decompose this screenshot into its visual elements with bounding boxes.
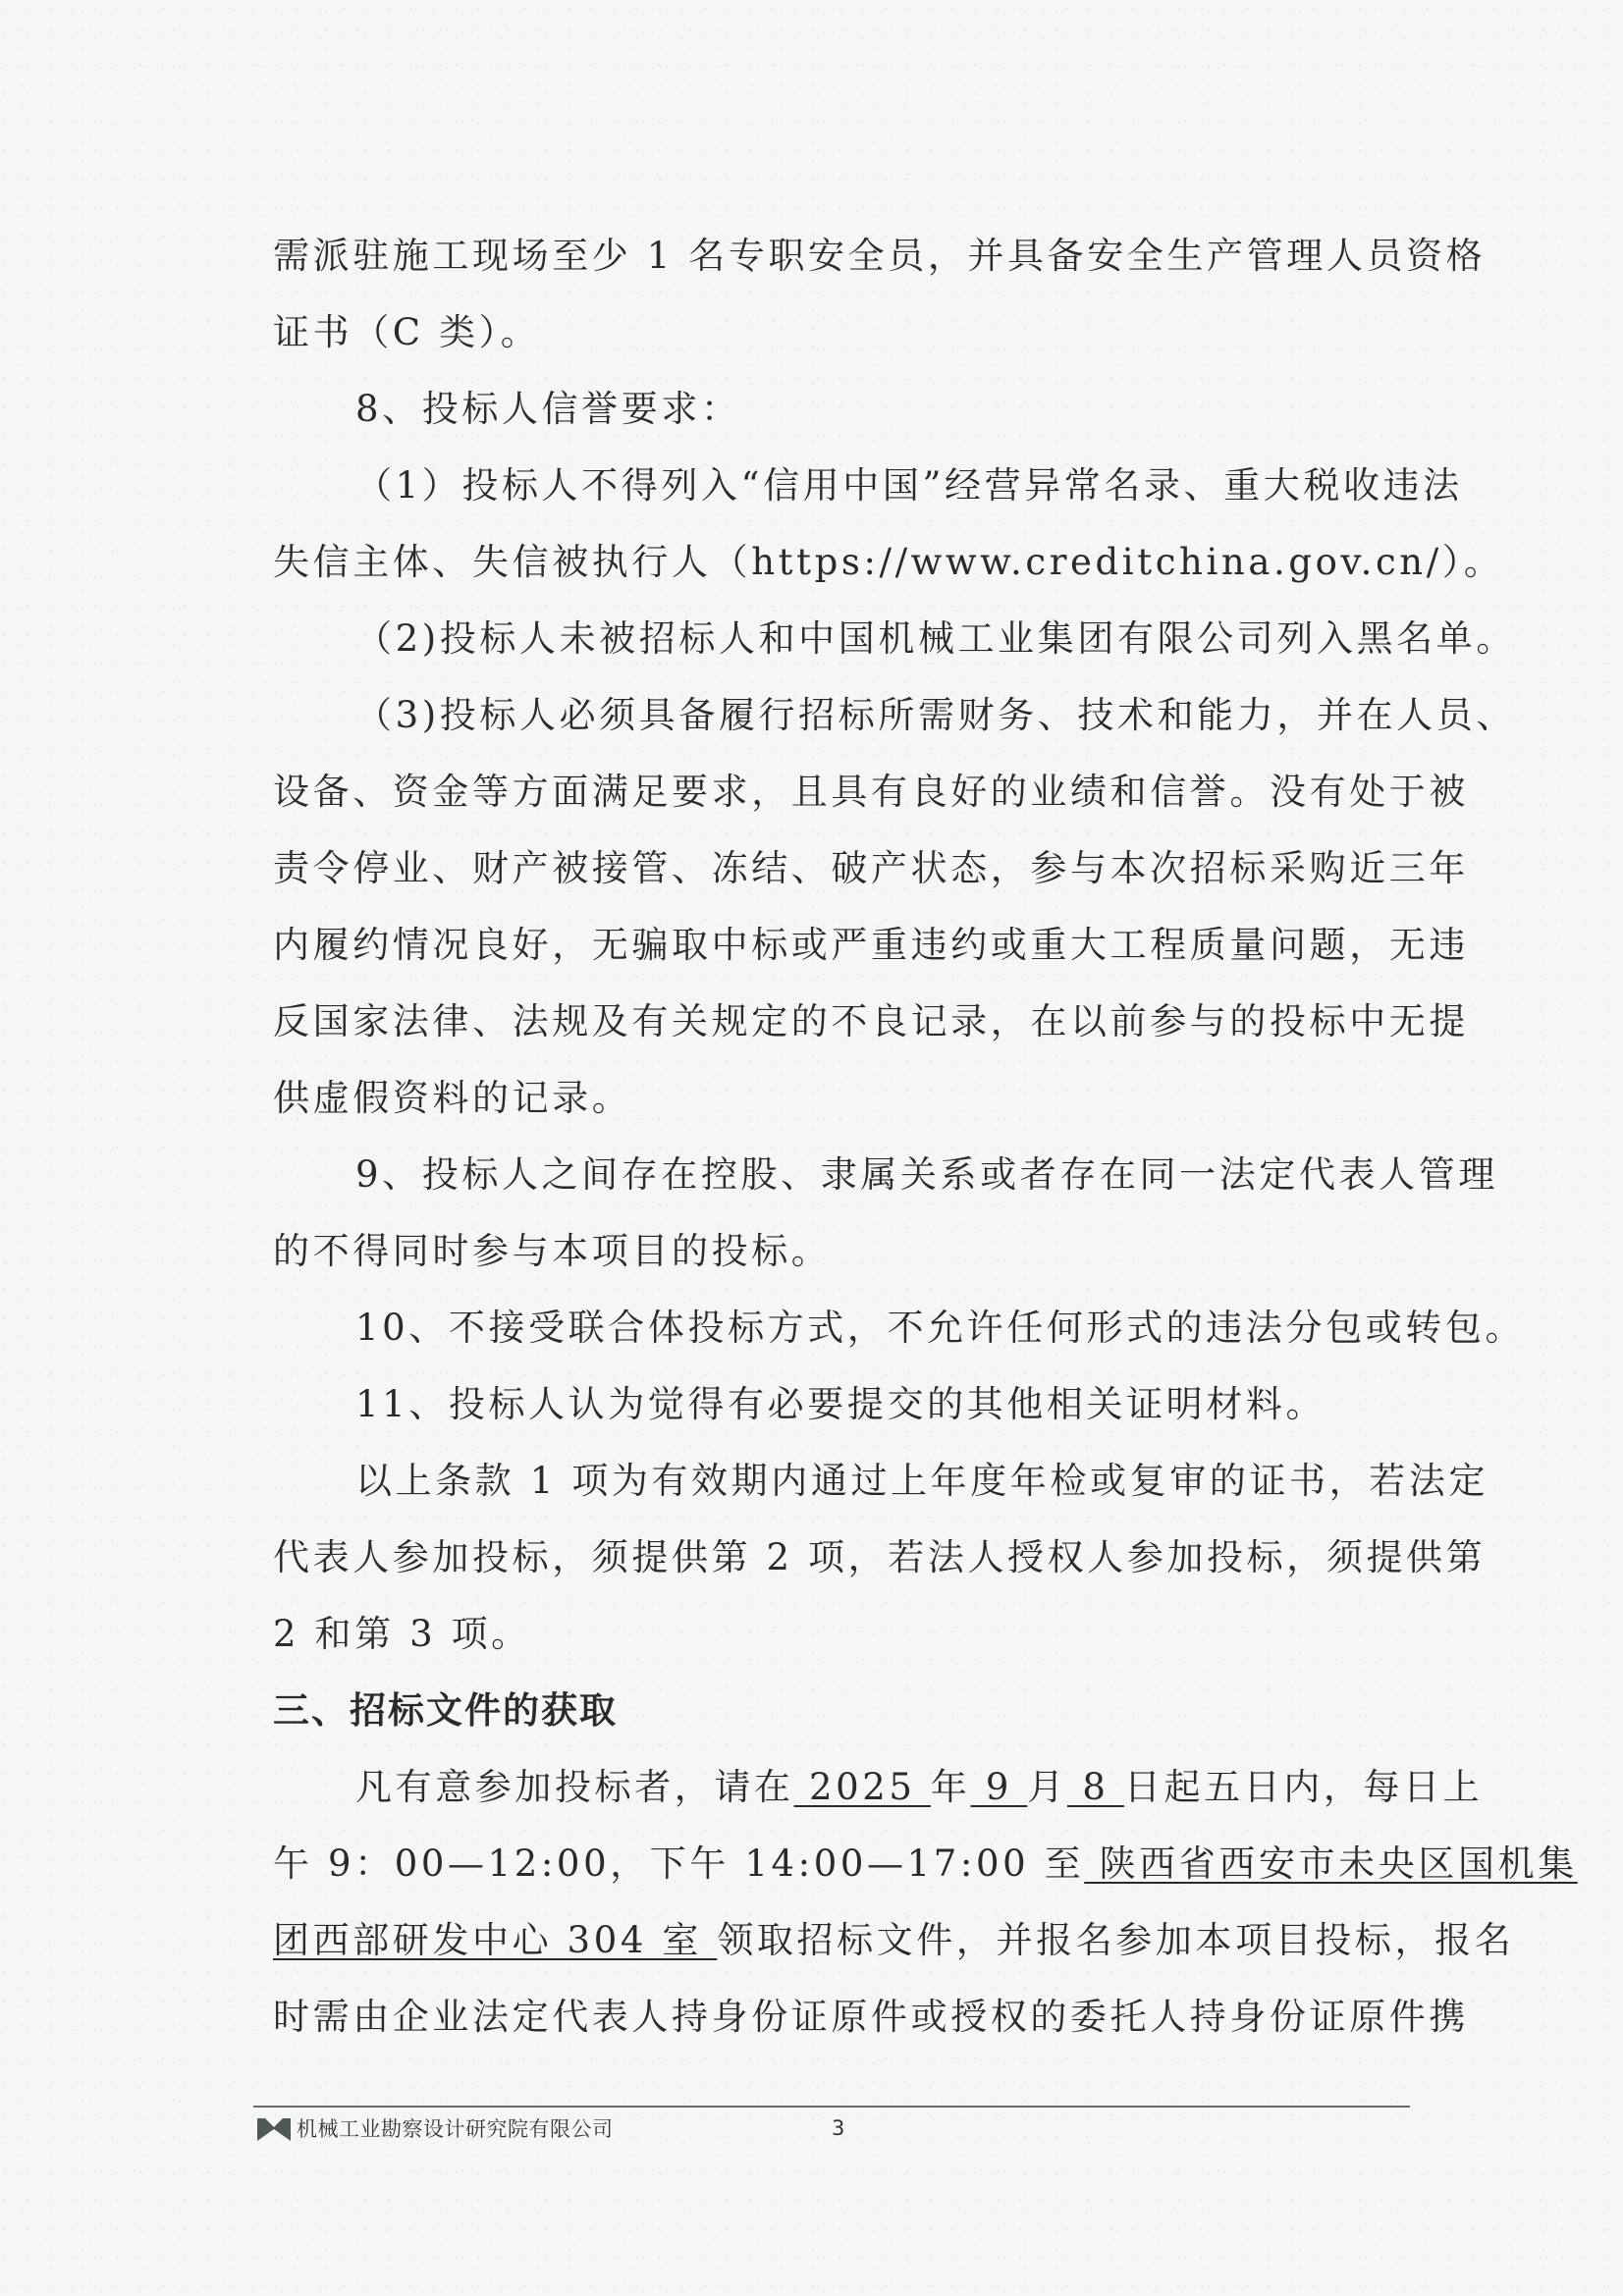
page-footer: 机械工业勘察设计研究院有限公司 (257, 2112, 614, 2144)
address-text: 陕西省西安市未央区国机集 (1084, 1842, 1578, 1885)
clause-9-line: 9、投标人之间存在控股、隶属关系或者存在同一法定代表人管理 (273, 1137, 1410, 1213)
section-3-line: 团西部研发中心 304 室 领取招标文件，并报名参加本项目投标，报名 (273, 1902, 1410, 1979)
clause-8-3-line: （3)投标人必须具备履行招标所需财务、技术和能力，并在人员、 (273, 677, 1410, 754)
clause-11-line: 11、投标人认为觉得有必要提交的其他相关证明材料。 (273, 1366, 1410, 1443)
clause-8-3-line: 供虚假资料的记录。 (273, 1060, 1410, 1137)
text-span: 年 (931, 1766, 971, 1808)
document-page: 需派驻施工现场至少 1 名专职安全员，并具备安全生产管理人员资格 证书（C 类）… (0, 0, 1623, 2296)
clause-8-heading: 8、投标人信誉要求： (273, 371, 1410, 448)
text-span: 领取招标文件，并报名参加本项目投标，报名 (717, 1919, 1514, 1961)
clause-8-1-line: （1）投标人不得列入“信用中国”经营异常名录、重大税收违法 (273, 448, 1410, 524)
clause-8-3-line: 反国家法律、法规及有关规定的不良记录，在以前参与的投标中无提 (273, 984, 1410, 1060)
clause-8-1-line: 失信主体、失信被执行人（https://www.creditchina.gov.… (273, 524, 1410, 601)
clause-8-3-line: 责令停业、财产被接管、冻结、破产状态，参与本次招标采购近三年 (273, 830, 1410, 907)
clause-10-line: 10、不接受联合体投标方式，不允许任何形式的违法分包或转包。 (273, 1290, 1410, 1366)
date-year: 2025 (794, 1766, 931, 1808)
section-3-line: 时需由企业法定代表人持身份证原件或授权的委托人持身份证原件携 (273, 1979, 1410, 2056)
footer-divider (253, 2106, 1410, 2108)
section-3-line: 午 9：00—12:00，下午 14:00—17:00 至 陕西省西安市未央区国… (273, 1826, 1410, 1902)
section-3-line: 凡有意参加投标者，请在 2025 年 9 月 8 日起五日内，每日上 (273, 1749, 1410, 1826)
date-day: 8 (1067, 1766, 1124, 1808)
clause-9-line: 的不得同时参与本项目的投标。 (273, 1213, 1410, 1290)
company-logo-icon (257, 2115, 291, 2141)
note-line: 2 和第 3 项。 (273, 1596, 1410, 1673)
clause-8-2-line: （2)投标人未被招标人和中国机械工业集团有限公司列入黑名单。 (273, 601, 1410, 677)
address-text: 团西部研发中心 304 室 (273, 1919, 717, 1961)
clause-8-3-line: 设备、资金等方面满足要求，且具有良好的业绩和信誉。没有处于被 (273, 754, 1410, 830)
document-body: 需派驻施工现场至少 1 名专职安全员，并具备安全生产管理人员资格 证书（C 类）… (273, 218, 1410, 2056)
paragraph-line: 证书（C 类）。 (273, 294, 1410, 371)
company-name: 机械工业勘察设计研究院有限公司 (297, 2113, 614, 2143)
text-span: 午 9：00—12:00，下午 14:00—17:00 至 (273, 1842, 1084, 1885)
paragraph-line: 需派驻施工现场至少 1 名专职安全员，并具备安全生产管理人员资格 (273, 218, 1410, 294)
text-span: 凡有意参加投标者，请在 (355, 1766, 794, 1808)
date-month: 9 (971, 1766, 1028, 1808)
note-line: 代表人参加投标，须提供第 2 项，若法人授权人参加投标，须提供第 (273, 1520, 1410, 1596)
section-3-heading: 三、招标文件的获取 (273, 1673, 1410, 1749)
page-number: 3 (832, 2112, 844, 2144)
note-line: 以上条款 1 项为有效期内通过上年度年检或复审的证书，若法定 (273, 1443, 1410, 1520)
text-span: 月 (1027, 1766, 1067, 1808)
clause-8-3-line: 内履约情况良好，无骗取中标或严重违约或重大工程质量问题，无违 (273, 907, 1410, 984)
text-span: 日起五日内，每日上 (1124, 1766, 1483, 1808)
